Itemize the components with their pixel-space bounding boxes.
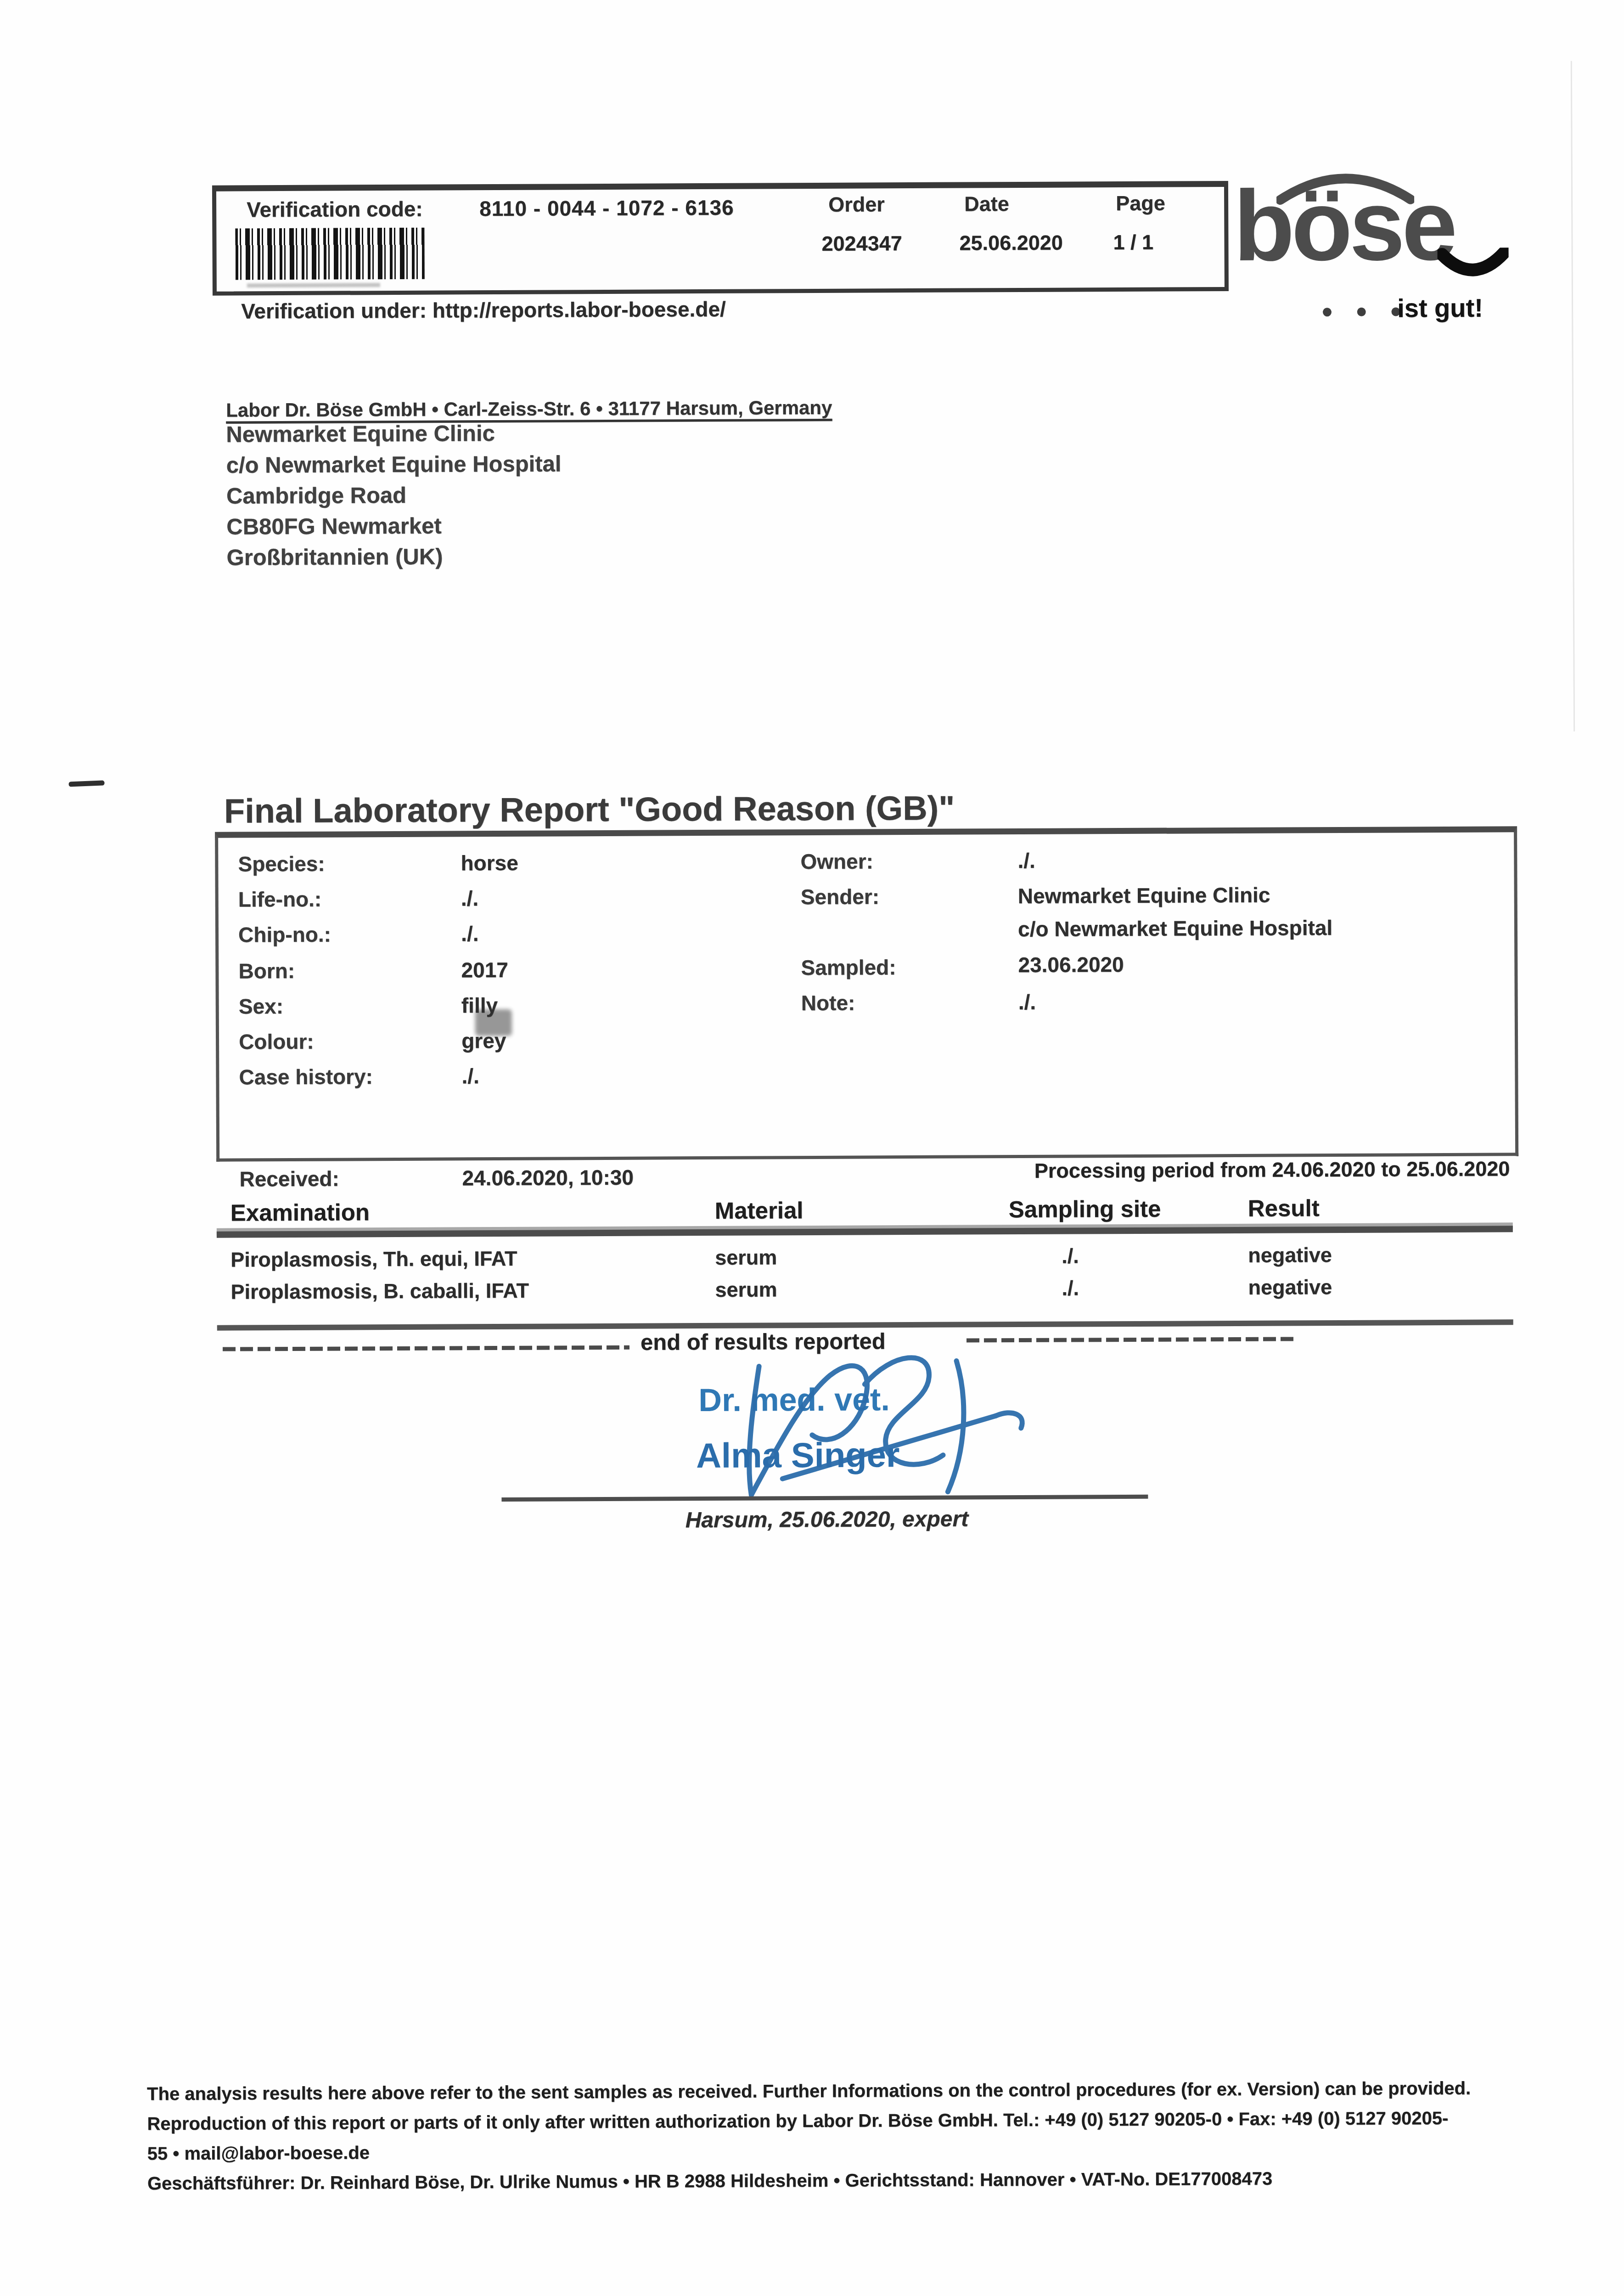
recipient-address: Newmarket Equine Clinic c/o Newmarket Eq… — [226, 418, 562, 573]
animal-info-box — [215, 826, 1518, 1161]
end-dash-left — [223, 1345, 629, 1351]
footer-line-3: 55 • mail@labor-boese.de — [147, 2143, 370, 2164]
row-result: negative — [1248, 1275, 1332, 1300]
footer-line-1: The analysis results here above refer to… — [147, 2078, 1471, 2105]
table-row: Piroplasmosis, B. caballi, IFAT serum ./… — [0, 0, 1619, 4]
row-examination: Piroplasmosis, B. caballi, IFAT — [230, 1279, 529, 1304]
sex-label: Sex: — [239, 994, 283, 1019]
verification-code-label: Verification code: — [247, 197, 423, 222]
col-header-result: Result — [1248, 1194, 1320, 1222]
row-material: serum — [715, 1245, 777, 1270]
row-material: serum — [715, 1277, 777, 1302]
col-header-material: Material — [715, 1197, 804, 1224]
received-value: 24.06.2020, 10:30 — [462, 1165, 634, 1191]
sender-label: Sender: — [801, 884, 879, 909]
order-value: 2024347 — [821, 231, 902, 256]
recipient-line: c/o Newmarket Equine Hospital — [226, 449, 561, 481]
sampled-value: 23.06.2020 — [1018, 952, 1124, 977]
verification-url-line: Verification under: http://reports.labor… — [241, 297, 726, 324]
logo-smile-arc-icon — [1276, 163, 1414, 205]
barcode-icon — [235, 228, 424, 280]
born-label: Born: — [238, 958, 295, 984]
processing-period: Processing period from 24.06.2020 to 25.… — [1034, 1157, 1510, 1183]
date-value: 25.06.2020 — [959, 231, 1062, 255]
barcode-smudge — [247, 283, 380, 287]
row-sampling: ./. — [1062, 1276, 1079, 1300]
col-header-examination: Examination — [230, 1199, 370, 1226]
life-no-value: ./. — [461, 886, 479, 911]
colour-label: Colour: — [239, 1029, 314, 1054]
born-value: 2017 — [461, 957, 508, 982]
row-sampling: ./. — [1062, 1244, 1079, 1268]
order-label: Order — [828, 192, 885, 217]
case-history-label: Case history: — [239, 1064, 373, 1089]
footer-line-4: Geschäftsführer: Dr. Reinhard Böse, Dr. … — [147, 2169, 1272, 2195]
handwritten-signature-icon — [727, 1340, 1058, 1504]
table-row: Piroplasmosis, Th. equi, IFAT serum ./. … — [0, 0, 1619, 4]
species-label: Species: — [238, 851, 325, 877]
logo-tagline: ist gut! — [1397, 293, 1483, 323]
page-content: Verification code: 8110 - 0044 - 1072 - … — [0, 0, 1624, 2296]
report-title: Final Laboratory Report "Good Reason (GB… — [224, 788, 955, 831]
lab-sender-line: Labor Dr. Böse GmbH • Carl-Zeiss-Str. 6 … — [226, 397, 832, 422]
received-label: Received: — [239, 1166, 339, 1191]
verification-code-value: 8110 - 0044 - 1072 - 6136 — [479, 195, 734, 221]
recipient-line: Cambridge Road — [226, 479, 562, 512]
species-value: horse — [461, 850, 518, 876]
col-header-sampling-site: Sampling site — [1009, 1195, 1161, 1223]
scan-edge-artifact — [1571, 61, 1575, 732]
page-label: Page — [1116, 191, 1165, 215]
scanned-lab-report-page: Verification code: 8110 - 0044 - 1072 - … — [0, 0, 1624, 2296]
owner-label: Owner: — [800, 849, 873, 874]
footer-line-2: Reproduction of this report or parts of … — [147, 2108, 1448, 2134]
sampled-label: Sampled: — [801, 955, 896, 980]
recipient-line: Großbritannien (UK) — [226, 541, 562, 573]
recipient-line: CB80FG Newmarket — [226, 510, 562, 542]
note-value: ./. — [1018, 990, 1036, 1014]
margin-mark — [68, 780, 104, 787]
row-result: negative — [1248, 1243, 1332, 1267]
sender-value-2: c/o Newmarket Equine Hospital — [1018, 915, 1332, 941]
colour-value: grey — [461, 1028, 506, 1053]
life-no-label: Life-no.: — [238, 887, 322, 912]
note-label: Note: — [801, 990, 855, 1016]
place-date-line: Harsum, 25.06.2020, expert — [686, 1507, 969, 1533]
row-examination: Piroplasmosis, Th. equi, IFAT — [230, 1247, 517, 1272]
table-header-rule — [217, 1226, 1513, 1238]
case-history-value: ./. — [461, 1064, 479, 1088]
chip-no-value: ./. — [461, 921, 479, 946]
logo-mouth-icon — [1438, 248, 1509, 289]
chip-no-label: Chip-no.: — [238, 922, 331, 947]
recipient-line: Newmarket Equine Clinic — [226, 418, 561, 450]
owner-value: ./. — [1017, 848, 1035, 873]
sex-value: filly — [461, 993, 498, 1018]
date-label: Date — [964, 192, 1009, 216]
page-value: 1 / 1 — [1113, 231, 1153, 254]
sender-value: Newmarket Equine Clinic — [1018, 883, 1270, 908]
